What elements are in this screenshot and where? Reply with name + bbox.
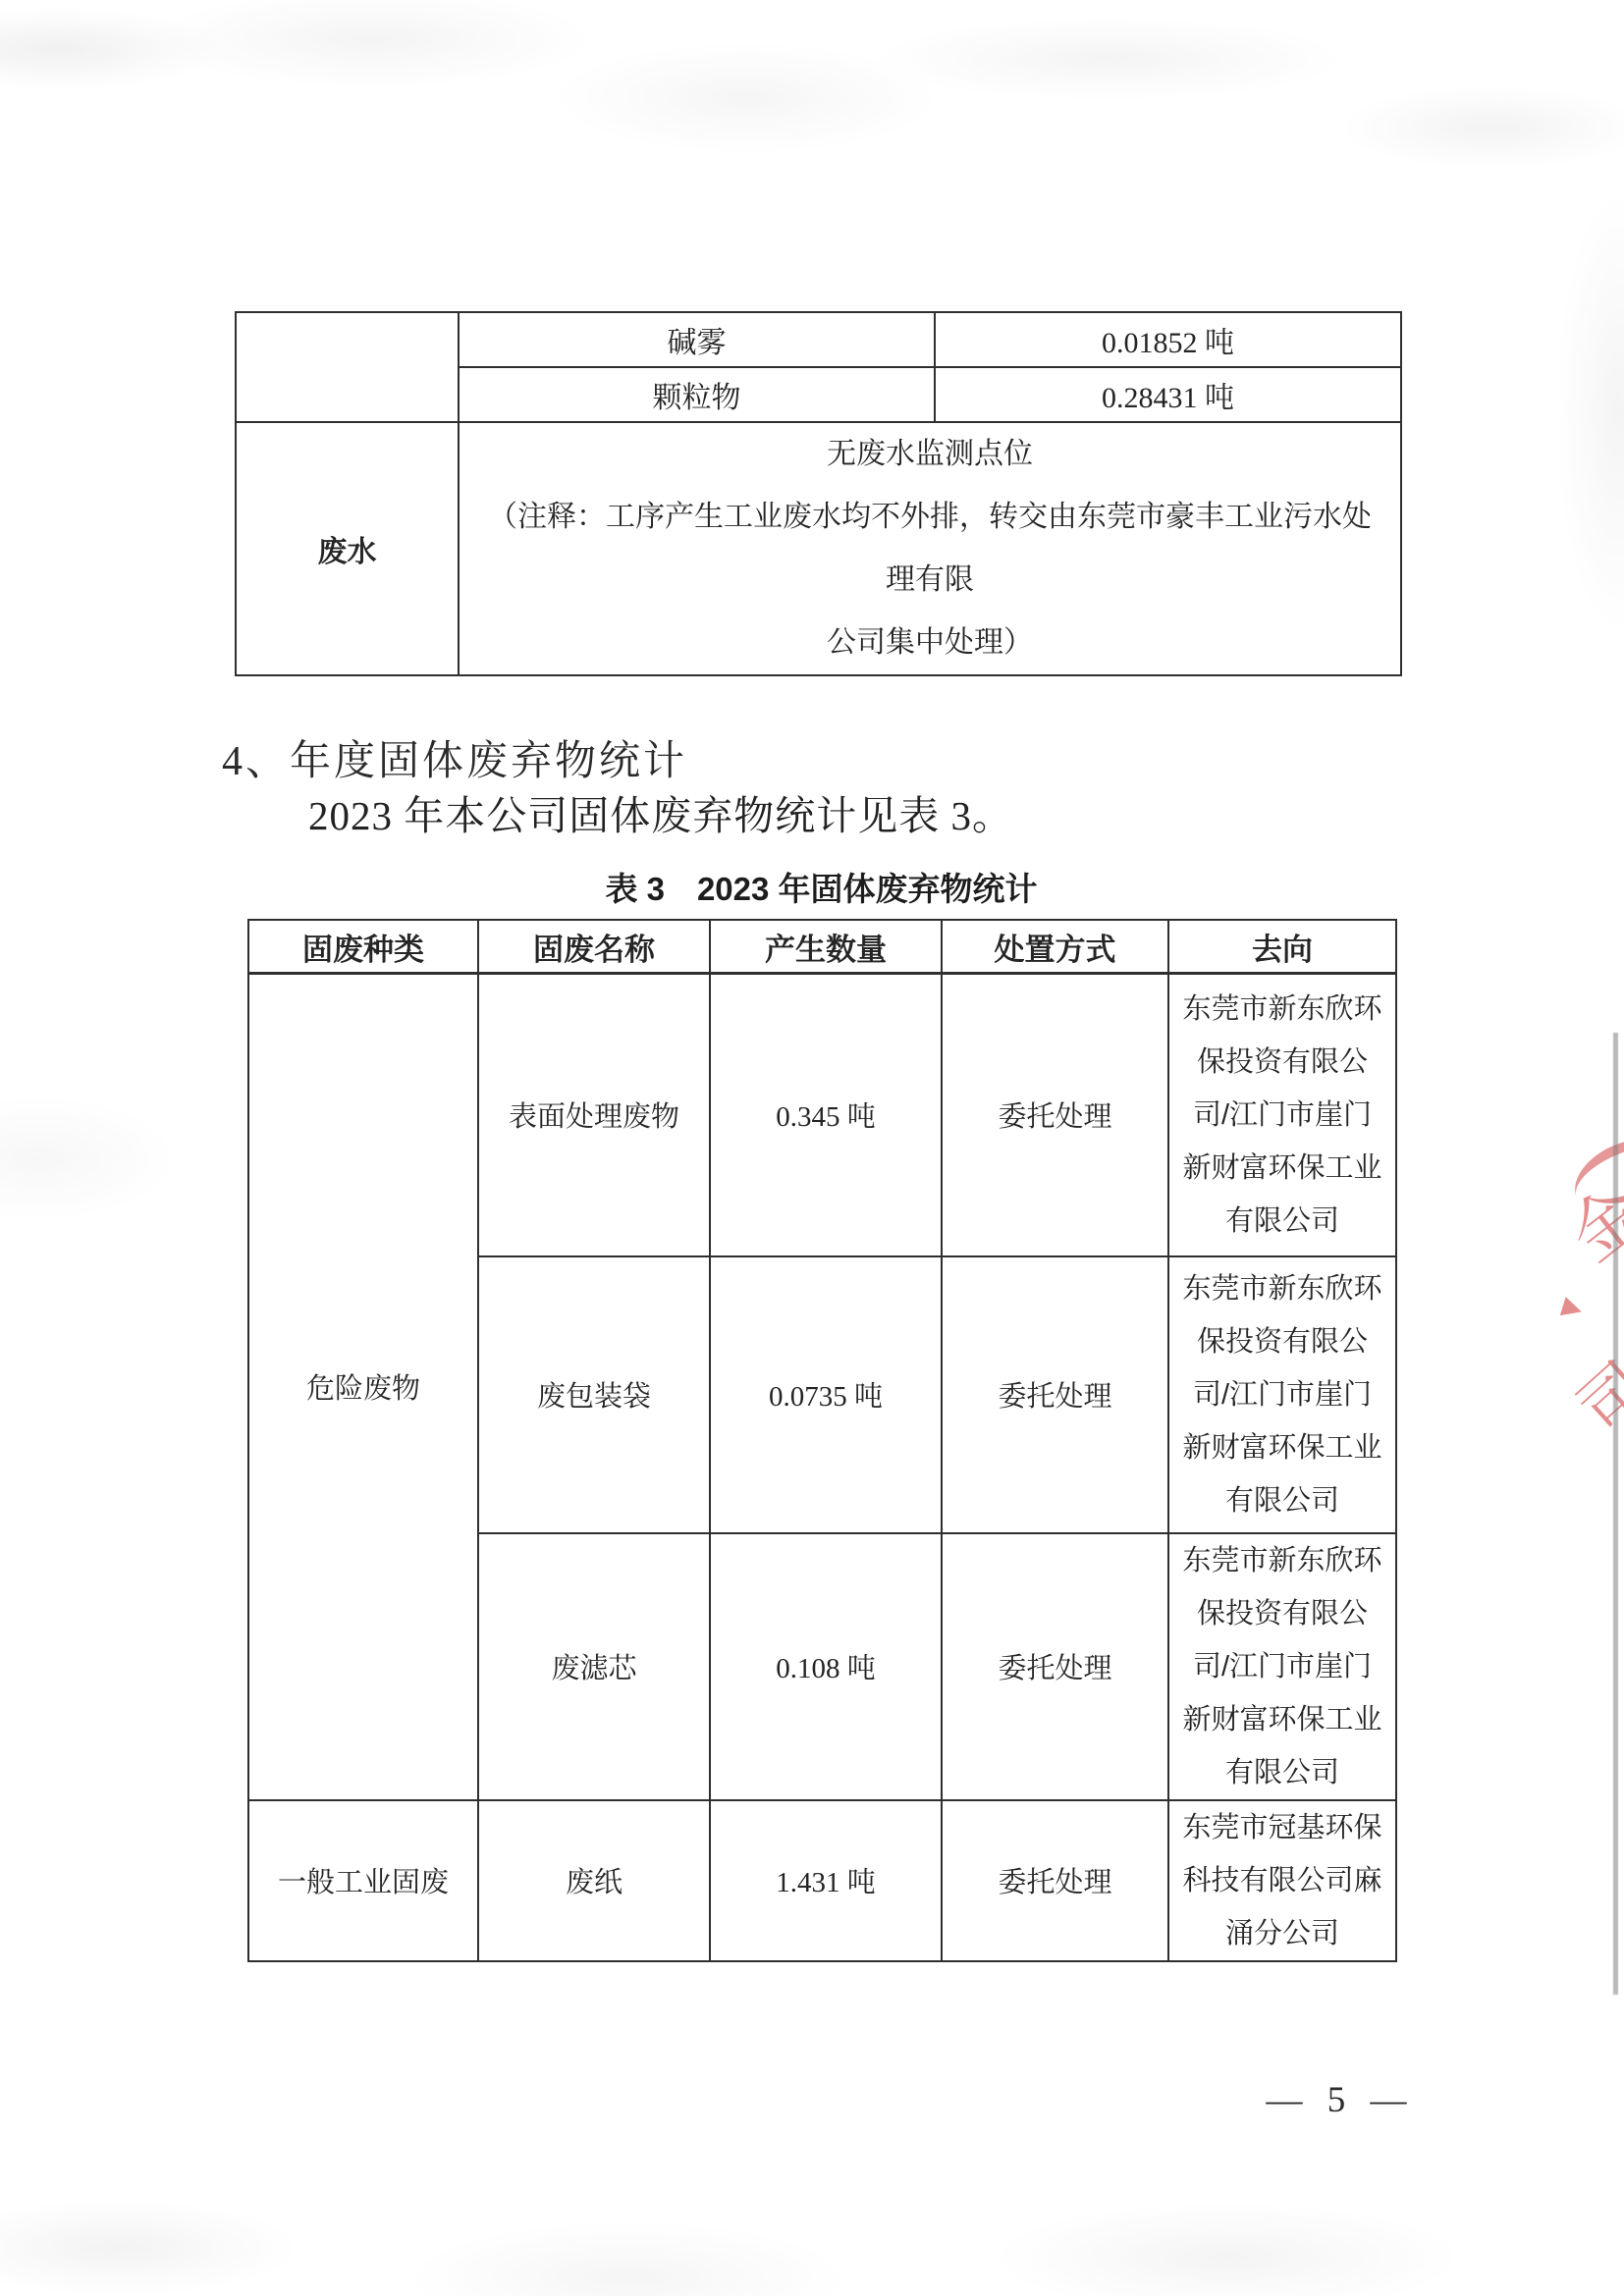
header-category: 固废种类 bbox=[248, 920, 478, 974]
wastewater-note-cell: 无废水监测点位 （注释：工序产生工业废水均不外排，转交由东莞市豪丰工业污水处理有… bbox=[459, 422, 1401, 675]
table-caption: 表 3 2023 年固体废弃物统计 bbox=[247, 864, 1395, 910]
header-name: 固废名称 bbox=[478, 920, 710, 974]
emissions-table: 碱雾 0.01852 吨 颗粒物 0.28431 吨 废水 无废水监测点位 （注… bbox=[235, 311, 1402, 676]
stamp-fragment-icon: 司 bbox=[1554, 1337, 1624, 1450]
wastewater-note-line2: （注释：工序产生工业废水均不外排，转交由东莞市豪丰工业污水处理有限 bbox=[479, 486, 1380, 612]
table-row: 危险废物 表面处理废物 0.345 吨 委托处理 东莞市新东欣环保投资有限公司/… bbox=[248, 974, 1396, 1256]
stamp-fragment-icon: 金 bbox=[1545, 1159, 1624, 1280]
stamp-stroke bbox=[1564, 1131, 1624, 1198]
scan-page-edge-line bbox=[1613, 1033, 1618, 1995]
document-page: 碱雾 0.01852 吨 颗粒物 0.28431 吨 废水 无废水监测点位 （注… bbox=[0, 0, 1624, 2296]
waste-destination: 东莞市冠基环保科技有限公司麻涌分公司 bbox=[1168, 1800, 1396, 1961]
page-number: — 5 — bbox=[1232, 2079, 1448, 2121]
waste-quantity: 0.108 吨 bbox=[710, 1533, 942, 1800]
pollutant-name: 碱雾 bbox=[459, 312, 935, 367]
waste-category: 一般工业固废 bbox=[248, 1800, 478, 1961]
section-intro-text: 2023 年本公司固体废弃物统计见表 3。 bbox=[308, 783, 1013, 841]
empty-category-cell bbox=[236, 312, 459, 422]
waste-name: 废纸 bbox=[478, 1800, 710, 1961]
waste-name: 表面处理废物 bbox=[478, 974, 710, 1256]
waste-quantity: 1.431 吨 bbox=[710, 1800, 942, 1961]
waste-method: 委托处理 bbox=[942, 1533, 1168, 1800]
table-row: 废水 无废水监测点位 （注释：工序产生工业废水均不外排，转交由东莞市豪丰工业污水… bbox=[236, 422, 1401, 675]
table-header-row: 固废种类 固废名称 产生数量 处置方式 去向 bbox=[248, 920, 1396, 974]
waste-destination: 东莞市新东欣环保投资有限公司/江门市崖门新财富环保工业有限公司 bbox=[1168, 1256, 1396, 1533]
header-destination: 去向 bbox=[1168, 920, 1396, 974]
waste-category: 危险废物 bbox=[248, 974, 478, 1800]
waste-method: 委托处理 bbox=[942, 1256, 1168, 1533]
pollutant-amount: 0.01852 吨 bbox=[935, 312, 1401, 367]
table-row: 一般工业固废 废纸 1.431 吨 委托处理 东莞市冠基环保科技有限公司麻涌分公… bbox=[248, 1800, 1396, 1961]
waste-name: 废包装袋 bbox=[478, 1256, 710, 1533]
header-method: 处置方式 bbox=[942, 920, 1168, 974]
waste-name: 废滤芯 bbox=[478, 1533, 710, 1800]
wastewater-category-label: 废水 bbox=[236, 422, 459, 675]
wastewater-note-line3: 公司集中处理） bbox=[479, 612, 1380, 674]
waste-destination: 东莞市新东欣环保投资有限公司/江门市崖门新财富环保工业有限公司 bbox=[1168, 974, 1396, 1256]
table-row: 碱雾 0.01852 吨 bbox=[236, 312, 1401, 367]
waste-method: 委托处理 bbox=[942, 1800, 1168, 1961]
pollutant-name: 颗粒物 bbox=[459, 367, 935, 422]
waste-quantity: 0.345 吨 bbox=[710, 974, 942, 1256]
section-heading: 4、年度固体废弃物统计 bbox=[222, 728, 687, 787]
solid-waste-table: 固废种类 固废名称 产生数量 处置方式 去向 危险废物 表面处理废物 0.345… bbox=[247, 919, 1397, 1962]
stamp-fragment-icon: ▸ bbox=[1557, 1282, 1590, 1331]
header-quantity: 产生数量 bbox=[710, 920, 942, 974]
waste-destination: 东莞市新东欣环保投资有限公司/江门市崖门新财富环保工业有限公司 bbox=[1168, 1533, 1396, 1800]
waste-quantity: 0.0735 吨 bbox=[710, 1256, 942, 1533]
wastewater-note-line1: 无废水监测点位 bbox=[479, 423, 1380, 486]
waste-method: 委托处理 bbox=[942, 974, 1168, 1256]
pollutant-amount: 0.28431 吨 bbox=[935, 367, 1401, 422]
